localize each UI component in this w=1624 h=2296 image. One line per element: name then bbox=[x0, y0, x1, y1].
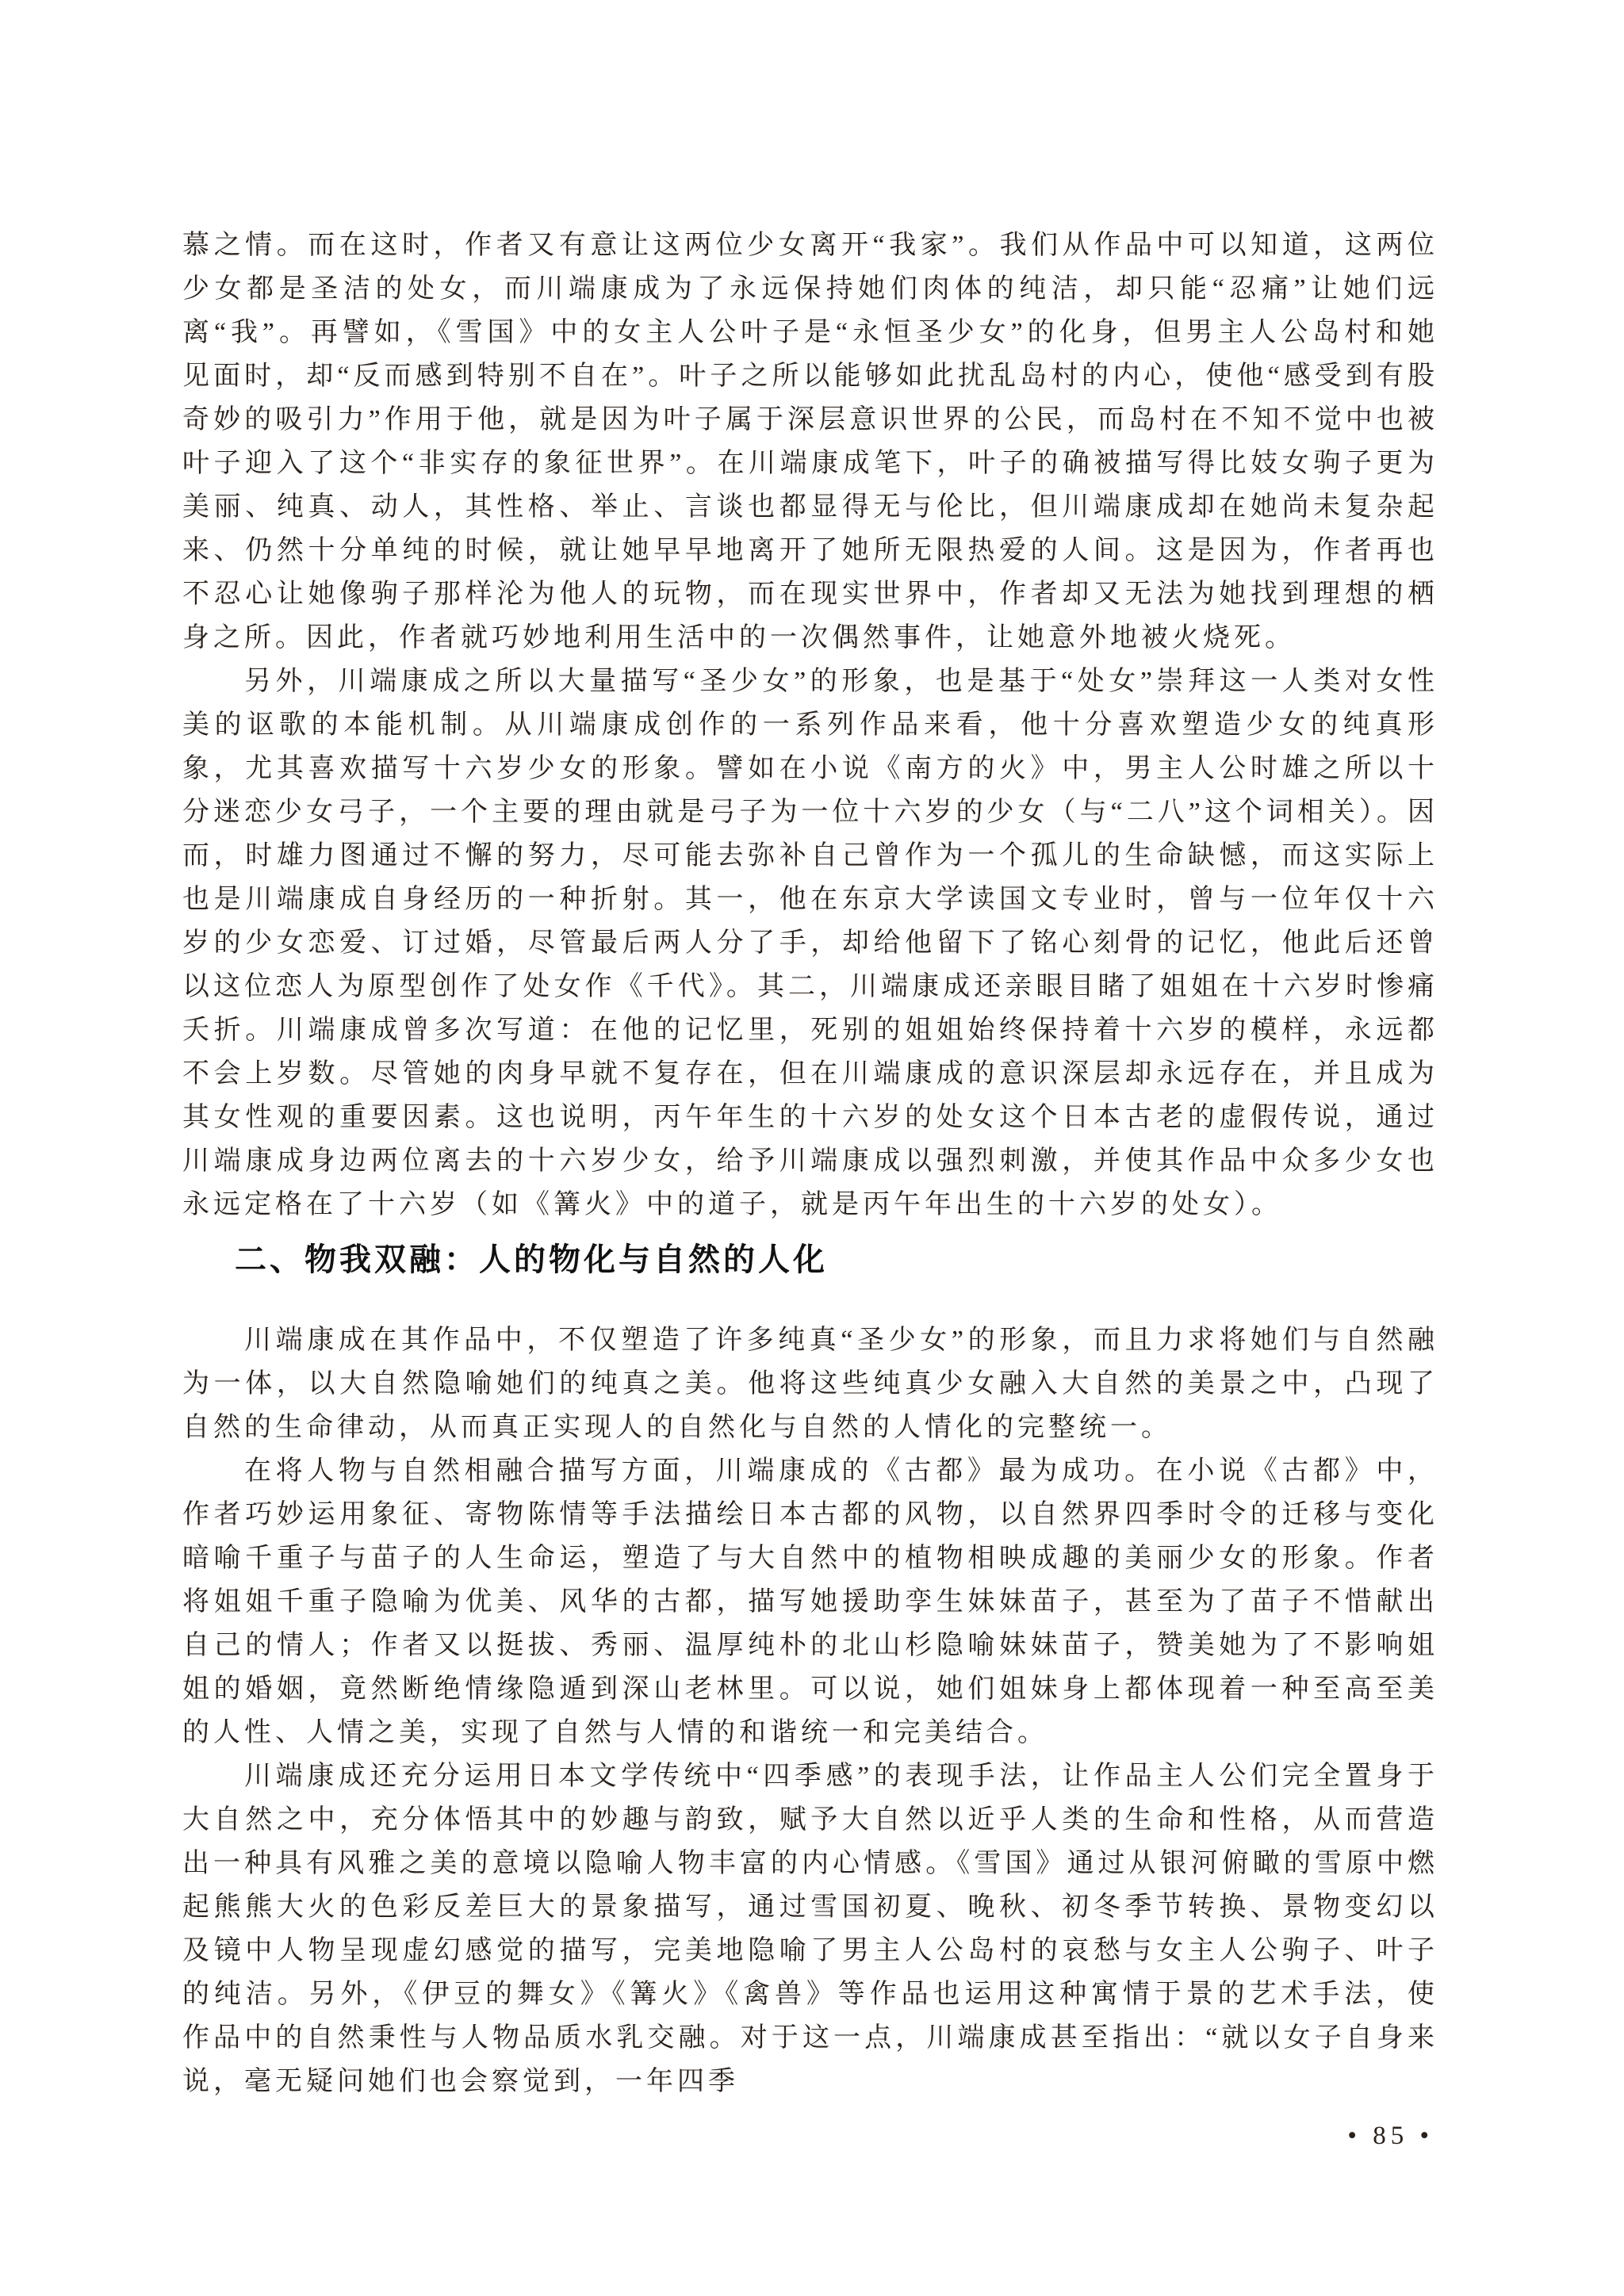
text-column: 慕之情。而在这时，作者又有意让这两位少女离开“我家”。我们从作品中可以知道，这两… bbox=[182, 224, 1438, 2103]
body-paragraph: 在将人物与自然相融合描写方面，川端康成的《古都》最为成功。在小说《古都》中，作者… bbox=[182, 1449, 1438, 1755]
document-page: 慕之情。而在这时，作者又有意让这两位少女离开“我家”。我们从作品中可以知道，这两… bbox=[0, 0, 1624, 2296]
body-paragraph: 另外，川端康成之所以大量描写“圣少女”的形象，也是基于“处女”崇拜这一人类对女性… bbox=[182, 660, 1438, 1226]
section-heading: 二、物我双融：人的物化与自然的人化 bbox=[182, 1238, 1438, 1282]
body-paragraph: 慕之情。而在这时，作者又有意让这两位少女离开“我家”。我们从作品中可以知道，这两… bbox=[182, 224, 1438, 660]
body-paragraph: 川端康成还充分运用日本文学传统中“四季感”的表现手法，让作品主人公们完全置身于大… bbox=[182, 1755, 1438, 2103]
page-number: • 85 • bbox=[1347, 2122, 1434, 2151]
body-paragraph: 川端康成在其作品中，不仅塑造了许多纯真“圣少女”的形象，而且力求将她们与自然融为… bbox=[182, 1318, 1438, 1449]
